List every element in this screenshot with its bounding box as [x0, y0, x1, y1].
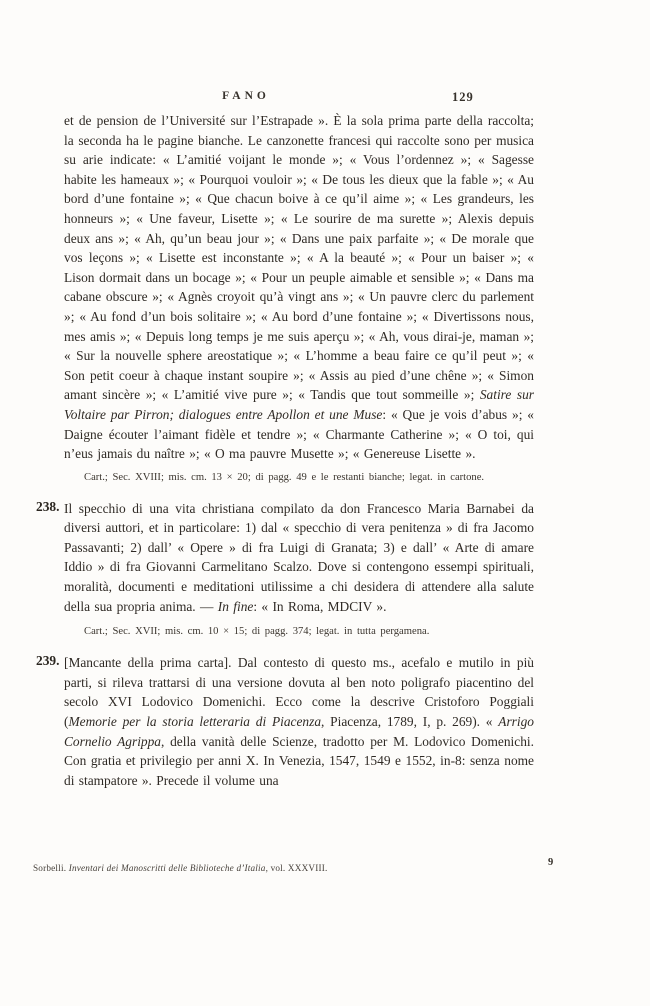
running-title: FANO: [176, 90, 316, 102]
text-segment: Il specchio di una vita christiana compi…: [64, 501, 534, 614]
italic-text-segment: Inventari dei Manoscritti delle Bibliote…: [69, 863, 268, 873]
entry-239: 239. [Mancante della prima carta]. Dal c…: [64, 653, 534, 790]
text-segment: vol. XXXVIII.: [268, 863, 327, 873]
italic-text-segment: In fine: [218, 599, 254, 614]
italic-text-segment: Memorie per la storia letteraria di Piac…: [68, 714, 321, 729]
colophon-entry-237: Cart.; Sec. XVIII; mis. cm. 13 × 20; di …: [84, 471, 534, 484]
entry-number-238: 238.: [36, 499, 59, 515]
text-segment: : « In Roma, MDCIV ».: [253, 599, 386, 614]
continuation-paragraph: et de pension de l’Université sur l’Estr…: [64, 111, 534, 464]
entry-239-text: [Mancante della prima carta]. Dal contes…: [64, 653, 534, 790]
page-footer: Sorbelli. Inventari dei Manoscritti dell…: [33, 858, 617, 874]
text-segment: , Piacenza, 1789, I, p. 269). «: [321, 714, 498, 729]
entry-number-239: 239.: [36, 653, 59, 669]
text-block: et de pension de l’Université sur l’Estr…: [64, 111, 534, 790]
series-citation: Sorbelli. Inventari dei Manoscritti dell…: [33, 863, 328, 873]
book-page: FANO 129 et de pension de l’Université s…: [0, 0, 650, 1006]
text-segment: et de pension de l’Université sur l’Estr…: [64, 113, 534, 402]
gathering-signature: 9: [548, 857, 553, 868]
colophon-entry-238: Cart.; Sec. XVII; mis. cm. 10 × 15; di p…: [84, 625, 534, 638]
entry-238-text: Il specchio di una vita christiana compi…: [64, 499, 534, 617]
text-segment: Sorbelli.: [33, 863, 69, 873]
page-number: 129: [452, 90, 474, 105]
page-header: FANO 129: [0, 90, 650, 110]
entry-238: 238. Il specchio di una vita christiana …: [64, 499, 534, 617]
